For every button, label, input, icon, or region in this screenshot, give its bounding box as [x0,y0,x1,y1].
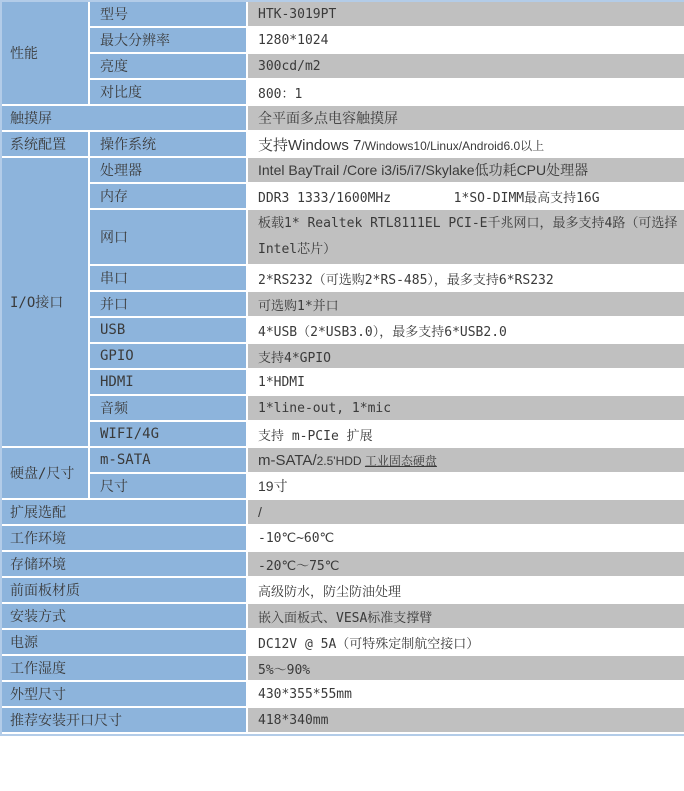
subcategory-cell-contrast: 对比度 [90,80,248,106]
category-cell-io-ports: I/O接口 [2,158,90,448]
row-dimensions: 外型尺寸 430*355*55mm [2,682,684,708]
value-cell-dimensions: 430*355*55mm [248,682,684,708]
value-cell-screen-size: 19寸 [248,474,684,500]
row-hdmi: HDMI 1*HDMI [2,370,684,396]
row-mounting: 安装方式 嵌入面板式、VESA标准支撑臂 [2,604,684,630]
value-cell-cutout-size: 418*340mm [248,708,684,734]
value-cell-brightness: 300cd/m2 [248,54,684,80]
subcategory-cell-usb: USB [90,318,248,344]
row-touchscreen: 触摸屏 全平面多点电容触摸屏 [2,106,684,132]
subcategory-cell-brightness: 亮度 [90,54,248,80]
row-lan: 网口 板载1* Realtek RTL8111EL PCI-E千兆网口，最多支持… [2,210,684,266]
category-cell-humidity: 工作湿度 [2,656,248,682]
subcategory-cell-wifi-4g: WIFI/4G [90,422,248,448]
row-screen-size: 尺寸 19寸 [2,474,684,500]
subcategory-cell-os: 操作系统 [90,132,248,158]
row-humidity: 工作湿度 5%～90% [2,656,684,682]
row-parallel: 并口 可选购1*并口 [2,292,684,318]
os-value-secondary: /Windows10/Linux/Android6.0以上 [361,139,544,153]
row-memory: 内存 DDR3 1333/1600MHz 1*SO-DIMM最高支持16G [2,184,684,210]
subcategory-cell-lan: 网口 [90,210,248,266]
value-cell-front-panel: 高级防水，防尘防油处理 [248,578,684,604]
row-wifi-4g: WIFI/4G 支持 m-PCIe 扩展 [2,422,684,448]
category-cell-cutout-size: 推荐安装开口尺寸 [2,708,248,734]
lan-value-text: 板载1* Realtek RTL8111EL PCI-E千兆网口，最多支持4路（… [258,211,683,263]
value-cell-wifi-4g: 支持 m-PCIe 扩展 [248,422,684,448]
category-cell-front-panel: 前面板材质 [2,578,248,604]
value-cell-parallel: 可选购1*并口 [248,292,684,318]
row-model: 性能 型号 HTK-3019PT [2,2,684,28]
value-cell-serial: 2*RS232（可选购2*RS-485），最多支持6*RS232 [248,266,684,292]
row-msata: 硬盘/尺寸 m-SATA m-SATA/2.5'HDD 工业固态硬盘 [2,448,684,474]
value-cell-model: HTK-3019PT [248,2,684,28]
value-cell-os: 支持Windows 7/Windows10/Linux/Android6.0以上 [248,132,684,158]
category-cell-storage-size: 硬盘/尺寸 [2,448,90,500]
subcategory-cell-msata: m-SATA [90,448,248,474]
category-cell-mounting: 安装方式 [2,604,248,630]
value-cell-max-resolution: 1280*1024 [248,28,684,54]
value-cell-usb: 4*USB（2*USB3.0），最多支持6*USB2.0 [248,318,684,344]
row-usb: USB 4*USB（2*USB3.0），最多支持6*USB2.0 [2,318,684,344]
value-cell-memory: DDR3 1333/1600MHz 1*SO-DIMM最高支持16G [248,184,684,210]
category-cell-dimensions: 外型尺寸 [2,682,248,708]
category-cell-expansion: 扩展选配 [2,500,248,526]
value-cell-hdmi: 1*HDMI [248,370,684,396]
value-cell-gpio: 支持4*GPIO [248,344,684,370]
product-spec-table: 性能 型号 HTK-3019PT 最大分辨率 1280*1024 亮度 300c… [0,0,684,736]
row-expansion: 扩展选配 / [2,500,684,526]
row-gpio: GPIO 支持4*GPIO [2,344,684,370]
value-cell-cpu: Intel BayTrail /Core i3/i5/i7/Skylake低功耗… [248,158,684,184]
value-cell-expansion: / [248,500,684,526]
subcategory-cell-screen-size: 尺寸 [90,474,248,500]
subcategory-cell-cpu: 处理器 [90,158,248,184]
row-audio: 音频 1*line-out, 1*mic [2,396,684,422]
msata-value-underlined: 工业固态硬盘 [365,454,437,468]
value-cell-storage-temp: -20℃～75℃ [248,552,684,578]
row-operating-temp: 工作环境 -10℃~60℃ [2,526,684,552]
value-cell-contrast: 800：1 [248,80,684,106]
subcategory-cell-serial: 串口 [90,266,248,292]
category-cell-operating-temp: 工作环境 [2,526,248,552]
value-cell-lan: 板载1* Realtek RTL8111EL PCI-E千兆网口，最多支持4路（… [248,210,684,266]
category-cell-performance: 性能 [2,2,90,106]
os-value-primary: 支持Windows 7 [258,137,361,154]
value-cell-touchscreen: 全平面多点电容触摸屏 [248,106,684,132]
category-cell-power: 电源 [2,630,248,656]
row-cpu: I/O接口 处理器 Intel BayTrail /Core i3/i5/i7/… [2,158,684,184]
subcategory-cell-memory: 内存 [90,184,248,210]
row-power: 电源 DC12V @ 5A（可特殊定制航空接口） [2,630,684,656]
subcategory-cell-model: 型号 [90,2,248,28]
row-cutout-size: 推荐安装开口尺寸 418*340mm [2,708,684,734]
subcategory-cell-audio: 音频 [90,396,248,422]
value-cell-mounting: 嵌入面板式、VESA标准支撑臂 [248,604,684,630]
value-cell-operating-temp: -10℃~60℃ [248,526,684,552]
row-max-resolution: 最大分辨率 1280*1024 [2,28,684,54]
row-brightness: 亮度 300cd/m2 [2,54,684,80]
subcategory-cell-gpio: GPIO [90,344,248,370]
row-os: 系统配置 操作系统 支持Windows 7/Windows10/Linux/An… [2,132,684,158]
subcategory-cell-hdmi: HDMI [90,370,248,396]
spec-sheet-page: 性能 型号 HTK-3019PT 最大分辨率 1280*1024 亮度 300c… [0,0,684,791]
value-cell-msata: m-SATA/2.5'HDD 工业固态硬盘 [248,448,684,474]
category-cell-touchscreen: 触摸屏 [2,106,248,132]
value-cell-humidity: 5%～90% [248,656,684,682]
value-cell-audio: 1*line-out, 1*mic [248,396,684,422]
row-serial: 串口 2*RS232（可选购2*RS-485），最多支持6*RS232 [2,266,684,292]
row-contrast: 对比度 800：1 [2,80,684,106]
msata-value-secondary: 2.5'HDD [317,454,365,468]
subcategory-cell-max-resolution: 最大分辨率 [90,28,248,54]
category-cell-storage-temp: 存储环境 [2,552,248,578]
subcategory-cell-parallel: 并口 [90,292,248,318]
value-cell-power: DC12V @ 5A（可特殊定制航空接口） [248,630,684,656]
row-storage-temp: 存储环境 -20℃～75℃ [2,552,684,578]
msata-value-primary: m-SATA/ [258,452,317,469]
category-cell-system-config: 系统配置 [2,132,90,158]
row-front-panel: 前面板材质 高级防水，防尘防油处理 [2,578,684,604]
